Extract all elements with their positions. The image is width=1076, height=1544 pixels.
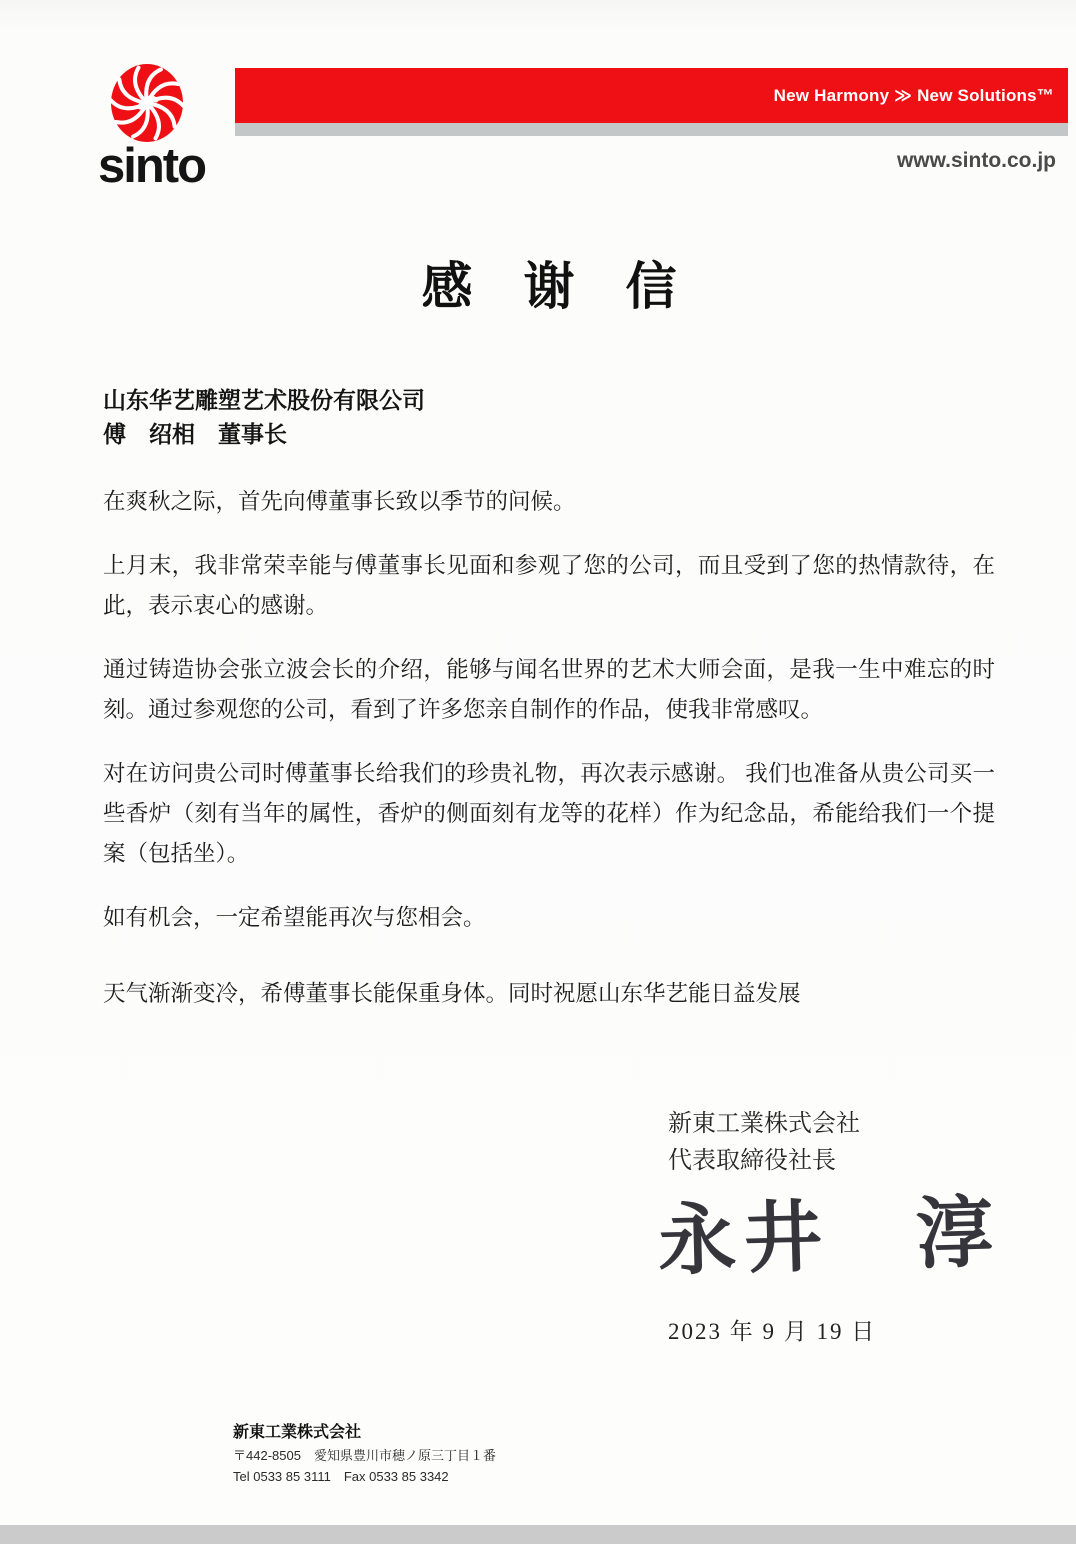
signature-date: 2023 年 9 月 19 日 <box>668 1313 1028 1346</box>
footer-address: 〒442-8505 愛知県豊川市穂ノ原三丁目１番 <box>233 1446 496 1465</box>
recipient-company: 山东华艺雕塑艺术股份有限公司 <box>103 384 425 418</box>
scan-bottom-edge <box>0 1525 1076 1544</box>
paragraph-visit-thanks: 上月末，我非常荣幸能与傅董事长见面和参观了您的公司，而且受到了您的热情款待，在此… <box>103 546 995 626</box>
paragraph-gift-request: 对在访问贵公司时傅董事长给我们的珍贵礼物，再次表示感谢。 我们也准备从贵公司买一… <box>103 754 995 874</box>
signature-handwriting: 永井 淳 <box>657 1181 1030 1292</box>
paragraph-meet-again: 如有机会，一定希望能再次与您相会。 <box>103 898 995 938</box>
letter-title: 感 谢 信 <box>0 256 1076 317</box>
header-gray-stripe <box>235 123 1068 136</box>
signature-block: 新東工業株式会社 代表取締役社長 永井 淳 2023 年 9 月 19 日 <box>668 1106 1028 1346</box>
sinto-wordmark: sinto <box>98 142 205 191</box>
header-red-banner: New Harmony ≫ New Solutions™ <box>235 68 1068 123</box>
signature-company: 新東工業株式会社 <box>668 1106 1028 1143</box>
footer-block: 新東工業株式会社 〒442-8505 愛知県豊川市穂ノ原三丁目１番 Tel 05… <box>233 1422 496 1486</box>
paragraph-greeting: 在爽秋之际，首先向傅董事长致以季节的问候。 <box>103 482 995 522</box>
paragraph-closing-wishes: 天气渐渐变冷，希傅董事长能保重身体。同时祝愿山东华艺能日益发展 <box>103 974 995 1014</box>
letter-body: 在爽秋之际，首先向傅董事长致以季节的问候。 上月末，我非常荣幸能与傅董事长见面和… <box>103 482 995 1038</box>
sinto-logo-swirl-icon <box>110 62 184 144</box>
letter-page: sinto New Harmony ≫ New Solutions™ www.s… <box>0 0 1076 1544</box>
banner-tagline: New Harmony ≫ New Solutions™ <box>774 86 1054 106</box>
footer-company: 新東工業株式会社 <box>233 1422 496 1444</box>
footer-contact: Tel 0533 85 3111 Fax 0533 85 3342 <box>233 1467 496 1486</box>
recipient-block: 山东华艺雕塑艺术股份有限公司 傅 绍相 董事长 <box>103 384 425 452</box>
paragraph-introduction: 通过铸造协会张立波会长的介绍，能够与闻名世界的艺术大师会面，是我一生中难忘的时刻… <box>103 650 995 730</box>
website-url: www.sinto.co.jp <box>235 149 1068 173</box>
signature-role: 代表取締役社長 <box>668 1143 1028 1180</box>
recipient-person: 傅 绍相 董事长 <box>103 418 425 452</box>
